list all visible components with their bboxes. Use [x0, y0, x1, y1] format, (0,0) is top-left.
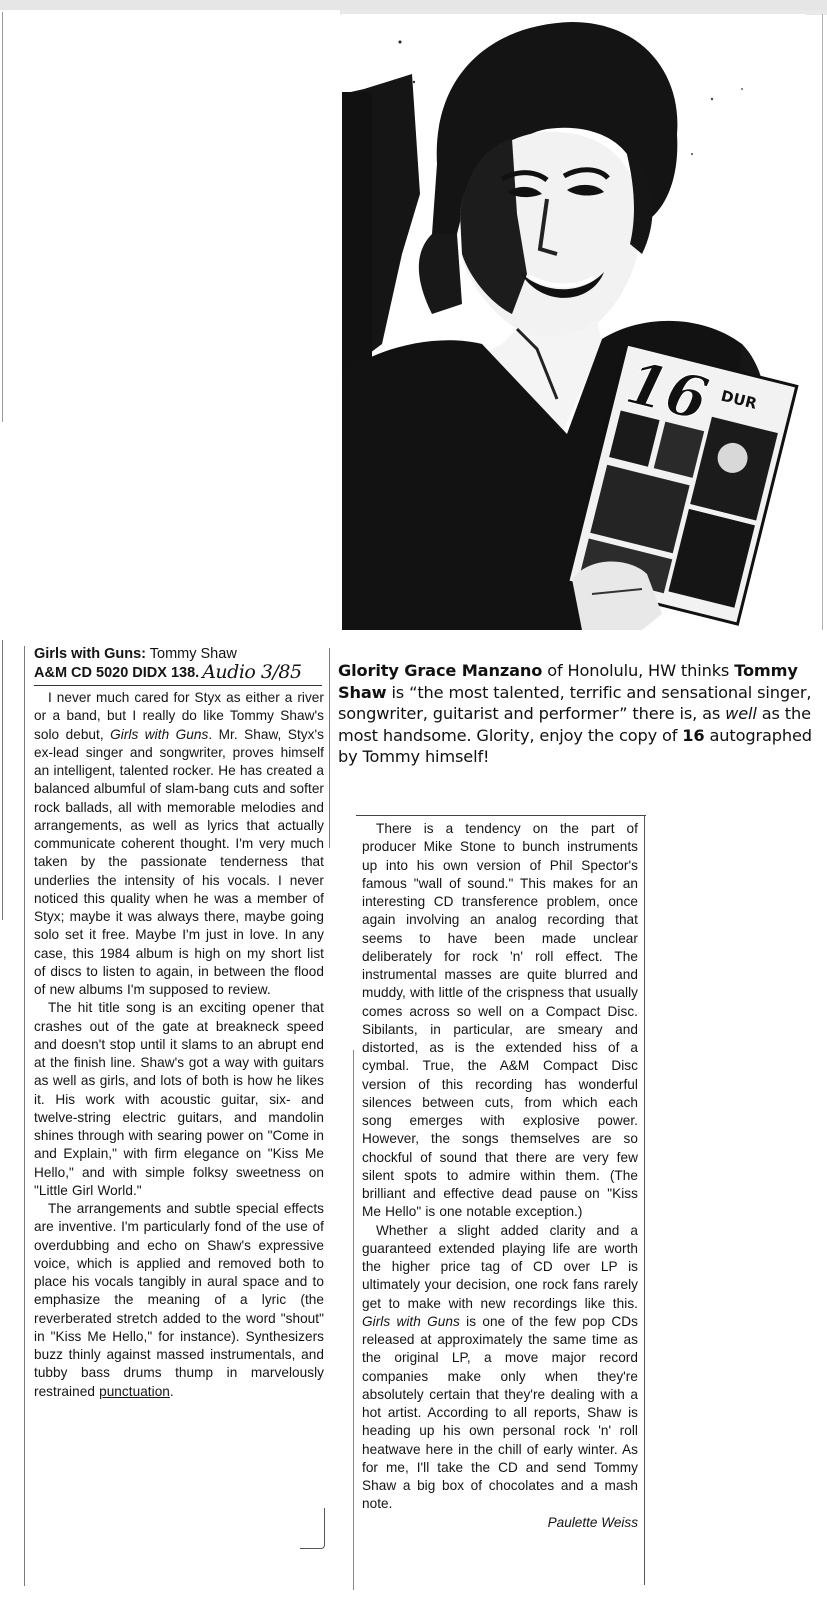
text-segment: 16 [682, 726, 704, 745]
top-margin-strip [0, 0, 827, 10]
review-body-continued: There is a tendency on the part of produ… [362, 820, 638, 1514]
text-segment: Whether a slight added clarity and a gua… [362, 1223, 638, 1311]
text-segment: The arrangements and subtle special effe… [34, 1201, 324, 1399]
end-mark [300, 1508, 325, 1549]
text-segment: Girls with Guns [362, 1314, 460, 1329]
text-segment: punctuation [99, 1384, 170, 1399]
column-rule [822, 14, 823, 630]
page-edge-rule [2, 12, 3, 422]
album-title: Girls with Guns: [34, 646, 146, 662]
text-segment: of Honolulu, HW thinks [542, 661, 734, 680]
paragraph: Whether a slight added clarity and a gua… [362, 1222, 638, 1514]
text-segment: as [702, 704, 725, 723]
column-rule [329, 648, 330, 848]
review-column: Girls with Guns: Tommy Shaw A&M CD 5020 … [34, 646, 324, 1401]
text-segment: The hit title song is an exciting opener… [34, 1000, 324, 1198]
text-segment: Glority, enjoy the copy of [476, 726, 682, 745]
catalog-number: A&M CD 5020 DIDX 138. [34, 665, 199, 681]
text-segment: . [170, 1384, 174, 1399]
column-rule [644, 815, 645, 1585]
page-edge-rule [2, 640, 3, 920]
review-body: I never much cared for Styx as either a … [34, 689, 324, 1401]
artist-photo: 16 DUR [342, 14, 806, 630]
text-segment: well [725, 704, 757, 723]
handwritten-note: Audio 3/85 [202, 661, 301, 683]
photo-illustration: 16 DUR [342, 14, 806, 630]
artist-name: Tommy Shaw [150, 646, 237, 662]
text-segment: . Mr. Shaw, Styx's ex-lead singer and so… [34, 727, 324, 998]
photo-caption: Glority Grace Manzano of Honolulu, HW th… [338, 660, 813, 768]
text-segment: is one of the few pop CDs released at ap… [362, 1314, 638, 1512]
paragraph: There is a tendency on the part of produ… [362, 820, 638, 1222]
author-signature: Paulette Weiss [362, 1514, 638, 1532]
review-catalog-line: A&M CD 5020 DIDX 138.Audio 3/85 [34, 663, 324, 682]
heading-rule [34, 685, 322, 686]
paragraph: I never much cared for Styx as either a … [34, 689, 324, 999]
paragraph: The hit title song is an exciting opener… [34, 999, 324, 1200]
column-rule [24, 646, 25, 1586]
review-continuation-column: There is a tendency on the part of produ… [362, 820, 638, 1532]
text-segment: Girls with Guns [110, 727, 208, 742]
text-segment: Glority Grace Manzano [338, 661, 542, 680]
column-rule [353, 1050, 354, 1590]
paragraph: The arrangements and subtle special effe… [34, 1200, 324, 1401]
column-rule [356, 815, 646, 816]
text-segment: There is a tendency on the part of produ… [362, 821, 638, 1219]
